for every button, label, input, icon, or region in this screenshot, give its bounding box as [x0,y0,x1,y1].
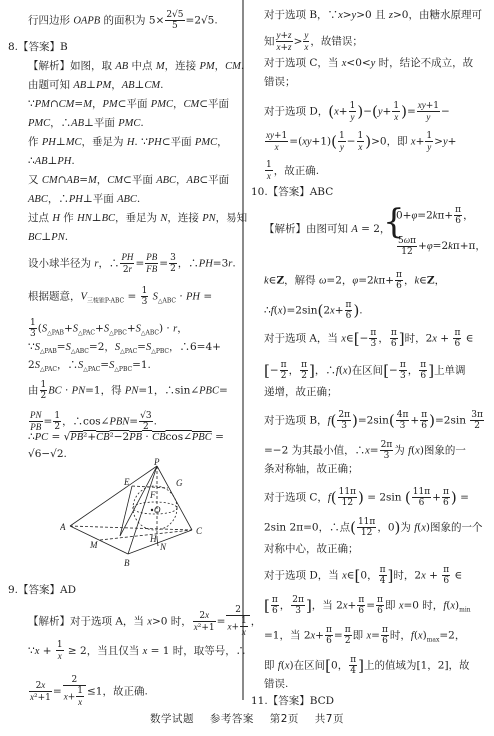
svg-text:N: N [159,542,167,552]
text-line: 2S△PAC，∴S△PAC=S△PBC=1. [28,358,151,377]
text-line: =1，当 2x+π6=π2即 x=π6时，f(x)max=2， [264,625,465,648]
text-line: 作 PH⊥MC，垂足为 H. ∵PH⊂平面 PMC， [28,135,228,150]
text-line: 由12BC · PN=1，得 PN=1，∴sin∠PBC= [28,380,228,401]
text-line: 对于选项 C，当 x<0<y 时，结论不成立，故 [264,56,473,71]
svg-text:G: G [176,478,183,488]
text-line: PMC，∴AB⊥平面 PMC. [28,116,144,131]
text-line: ∵x + 1x ≥ 2，当且仅当 x = 1 时，取等号，∴ [28,640,246,662]
text-line: 1x，故正确. [264,160,319,182]
text-line: ∵PM∩CM=M，PM⊂平面 PMC，CM⊂平面 [28,97,229,112]
text-line: 即 f(x)在区间[0，π4]上的值域为[1，2]，故 [264,655,470,676]
answer-9-heading: 9.【答案】AD [8,583,76,597]
svg-text:E: E [123,477,130,487]
footer-doc: 参考答案 [210,713,254,725]
text-line: 错误； [264,75,296,89]
text-line: 过点 H 作 HN⊥BC，垂足为 N，连接 PN，易知 [28,211,247,226]
text-line: 【解析】对于选项 A，当 x>0 时，2xx²+1=2x+1x， [28,605,261,638]
page-footer: 数学试题 参考答案 第2页 共7页 [0,711,494,726]
text-line: ∴AB⊥PH. [28,154,75,169]
text-line: ABC，∴PH⊥平面 ABC. [28,192,140,207]
text-line: 根据题意，V三棱锥P-ABC = 13 S△ABC · PH = [28,286,212,309]
text-line: 递增，故正确； [264,385,338,399]
text-line: ∵S△PAB=S△ABC=2，S△PAC=S△PBC，∴6=4+ [28,340,221,359]
text-line: 设小球半径为 r，∴PH2r=PBFB=32，∴PH=3r. [28,252,236,275]
text-line: 对于选项 D，当 x∈[0，π4]时，2x + π6 ∈ [264,565,462,586]
svg-text:C: C [196,526,203,536]
text-line: 2sin 2π=0，∴点(11π12，0)为 f(x)图象的一个 [264,517,483,538]
text-line: 对于选项 D，(x+1y)−(y+1x)=xy+1y− [264,100,450,123]
text-line: 对称中心，故正确； [264,542,359,556]
text-line: 2xx²+1=2x+1x≤1，故正确. [28,675,148,708]
answer-10-heading: 10.【答案】ABC [251,185,333,199]
text-line: k∈Z，解得 ω=2，φ=2kπ+π6，k∈Z， [264,270,445,291]
text-line: =−2 为其最小值，∴x=2π3为 f(x)图象的一 [264,440,466,461]
text-line: ∴PC = √PB²+CB²−2PB · CBcos∠PBC = [28,430,224,445]
text-line: 又 CM∩AB=M，CM⊂平面 ABC，AB⊂平面 [28,173,229,188]
text-line: 行四边形 OAPB 的面积为 5×2√55=2√5. [28,10,218,31]
text-line: 对于选项 B，∵x>y>0 且 z>0，由糖水原理可 [264,8,482,23]
svg-text:F: F [149,490,156,500]
text-line: 5ωπ12+φ=2kπ+π， [396,235,486,257]
text-line: ∴f(x)=2sin(2x+π6). [264,300,363,321]
svg-text:H: H [149,534,157,544]
text-line: 错误. [264,677,288,691]
text-line: 0+φ=2kπ+π6， [396,205,474,226]
text-line: xy+1x=(xy+1)(1y−1x)>0，即 x+1y>y+ [264,130,456,153]
svg-text:B: B [124,558,130,568]
svg-text:M: M [89,540,98,550]
footer-total-pages: 共7页 [315,713,344,725]
text-line: [π6，2π3]，当 2x+π6=π6即 x=0 时，f(x)min [264,595,471,618]
text-line: 由题可知 AB⊥PM，AB⊥CM. [28,78,164,93]
answer-11-heading: 11.【答案】BCD [251,694,334,708]
text-line: [−π2，π2]，∴f(x)在区间[−π3，π6]上单调 [264,360,466,381]
text-line: 【解析】由图可知 A = 2， [264,222,390,237]
text-line: 知y+zx+z>yx，故错误； [264,30,363,53]
footer-page-number: 第2页 [270,713,299,725]
column-divider [242,0,244,700]
svg-text:O: O [154,505,161,515]
pyramid-figure: P E G F O A C M H N B [60,458,220,578]
text-line: 13(S△PAB+S△PAC+S△PBC+S△ABC) · r， [28,318,188,341]
label-p: P [153,458,160,467]
text-line: 【解析】如图，取 AB 中点 M，连接 PM，CM. [28,59,244,74]
footer-subject: 数学试题 [150,713,194,725]
answer-8-heading: 8.【答案】B [8,40,68,54]
svg-text:A: A [60,522,66,532]
text-line: 对于选项 B，f(2π3)=2sin(4π3+π6)=2sin 3π2 [264,410,485,431]
text-line: 对于选项 C，f(11π12) = 2sin (11π6+π6) = [264,487,469,508]
text-line: 条对称轴，故正确； [264,462,359,476]
text-line: 对于选项 A，当 x∈[−π3，π6]时，2x + π6 ∈ [264,328,473,349]
text-line: BC⊥PN. [28,230,68,245]
